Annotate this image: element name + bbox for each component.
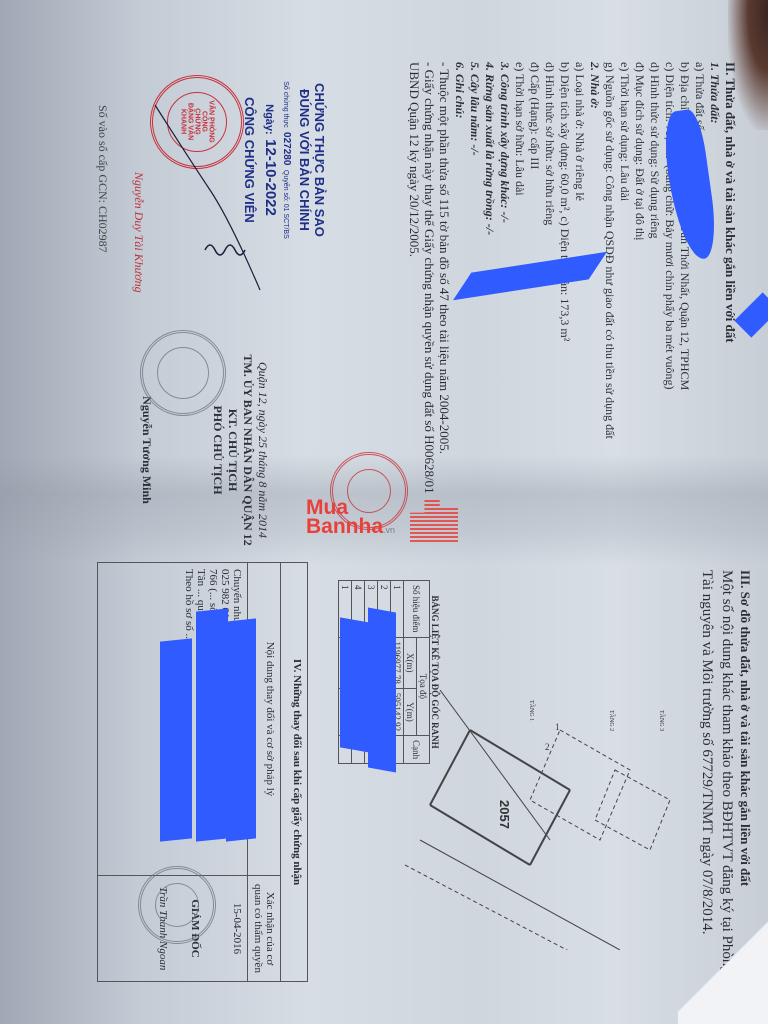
redaction — [368, 608, 396, 773]
notary-book-no: Quyển số: 01 SCT/BS — [282, 170, 289, 239]
notary-line1: CHỨNG THỰC BẢN SAO — [312, 80, 327, 240]
notary-signer: Nguyễn Duy Tài Khương — [131, 172, 146, 293]
redaction — [226, 618, 256, 841]
notary-cert-label: Số chứng thực — [282, 81, 289, 127]
redaction — [340, 617, 370, 752]
page-corner — [678, 884, 768, 1024]
parcel-diagram: 2057 TẦNG 1 TẦNG 2 TẦNG 3 1 2 — [400, 690, 700, 950]
notary-line2: ĐÚNG VỚI BẢN CHÍNH — [297, 80, 312, 240]
redaction — [196, 608, 228, 841]
land-line: đ) Mục đích sử dụng: Đất ở tại đô thị — [632, 62, 647, 494]
redaction — [734, 292, 768, 337]
land-line: g) Nguồn gốc sử dụng: Công nhận QSDĐ như… — [602, 62, 617, 494]
coord-subheader: Y(m) — [404, 688, 417, 735]
office-stamp — [138, 866, 216, 944]
coord-header: Tọa độ — [417, 637, 430, 736]
land-line: e) Thời hạn sử dụng: Lâu dài — [617, 62, 632, 494]
coord-subheader: X(m) — [404, 637, 417, 688]
floor-label: TẦNG 2 — [608, 710, 616, 731]
notary-signature — [150, 100, 270, 300]
coord-table-title: BẢNG LIỆT KÊ TỌA ĐỘ GÓC RANH — [430, 580, 440, 764]
floor-label: TẦNG 1 — [528, 700, 536, 721]
note-line: - Thuộc một phần thửa số 115 tờ bản đồ s… — [437, 62, 452, 494]
watermark-line2: Bannha — [306, 515, 383, 538]
watermark-logo: Mua Bannha.vn — [306, 498, 395, 540]
notary-cert-no: 027280 — [281, 132, 292, 165]
corner-point: 1 — [555, 722, 560, 732]
issuer-org: TM. ỦY BAN NHÂN DÂN QUẬN 12 — [240, 330, 255, 570]
section-iv-title: IV. Những thay đổi sau khi cấp giấy chứn… — [281, 563, 308, 982]
land-line: d) Hình thức sử dụng: Sử dụng riêng — [647, 62, 662, 494]
note-line: - Giấy chứng nhận này thay thế Giấy chứn… — [422, 62, 437, 494]
watermark-suffix: .vn — [383, 525, 395, 535]
issuer-role: KT. CHỦ TỊCH — [225, 330, 240, 570]
land-heading: 1. Thửa đất: — [707, 62, 722, 494]
coord-header: Số hiệu điểm — [404, 581, 430, 638]
confirm-col-header: Xác nhận của cơ quan có thẩm quyền — [248, 876, 281, 982]
floor-label: TẦNG 3 — [658, 710, 666, 731]
confirm-date: 15-04-2016 — [231, 882, 243, 975]
ubnd-stamp — [140, 330, 226, 416]
parcel-number: 2057 — [497, 800, 512, 829]
corner-point: 2 — [545, 742, 550, 752]
cert-side-note: Số vào sổ cấp GCN: CH02987 — [95, 105, 110, 253]
section-ii-title: II. Thửa đất, nhà ở và tài sản khác gắn … — [722, 62, 738, 494]
issuer-date: Quận 12, ngày 25 tháng 8 năm 2014 — [255, 330, 270, 570]
note-line: UBND Quận 12 ký ngày 20/12/2005. — [407, 62, 422, 494]
other-item: 6. Ghi chú: — [452, 62, 467, 494]
coord-header: Cạnh — [404, 736, 430, 764]
redaction — [160, 638, 192, 841]
